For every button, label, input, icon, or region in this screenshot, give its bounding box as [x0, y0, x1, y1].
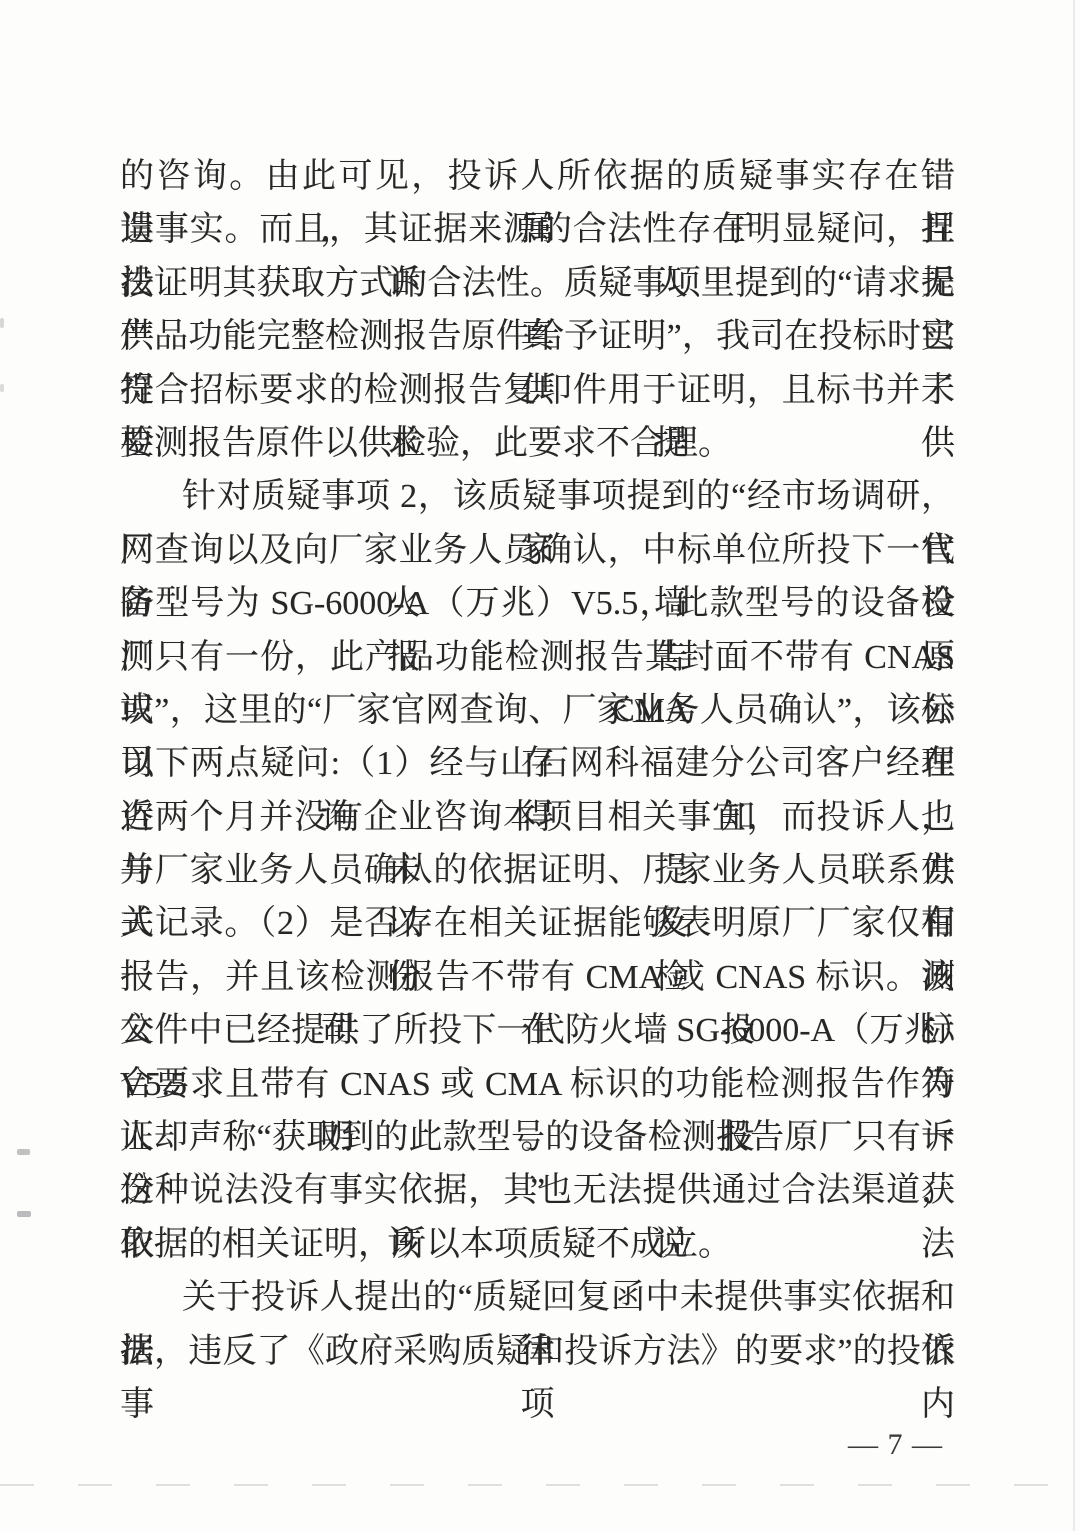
scan-speck-artifact — [17, 1149, 30, 1155]
text-line: 合要求且带有 CNAS 或 CMA 标识的功能检测报告作为证明。投诉 — [120, 1058, 955, 1111]
text-line: 以下两点疑问:（1）经与山石网科福建分公司客户经理咨询得知， — [120, 737, 955, 790]
text-line: 针对质疑事项 2，该质疑事项提到的“经市场调研，厂家官 — [120, 470, 955, 523]
scan-speck-artifact — [0, 318, 4, 328]
text-line: 符合招标要求的检测报告复印件用于证明，且标书并未要求提供 — [120, 364, 955, 417]
text-line: 识”，这里的“厂家官网查询、厂家业务人员确认”，该公司存在 — [120, 684, 955, 737]
text-line: 网查询以及向厂家业务人员确认，中标单位所投下一代防火墙设 — [120, 524, 955, 577]
text-line: 的咨询。由此可见，投诉人所依据的质疑事实存在错误，属于捏 — [120, 150, 955, 203]
scan-bottom-artifact — [0, 1484, 1060, 1486]
text-line: 报告，并且该检测报告不带有 CMA 或 CNAS 标识。该公司在投标 — [120, 951, 955, 1004]
scan-speck-artifact — [0, 384, 4, 392]
text-line: 与厂家业务人员确认的依据证明、厂家业务人员联系方式以及相 — [120, 844, 955, 897]
document-body: 的咨询。由此可见，投诉人所依据的质疑事实存在错误，属于捏造事实。而且，其证据来源… — [120, 150, 955, 1378]
text-line: 近两个月并没有企业咨询本项目相关事宜，而投诉人也并未提供 — [120, 791, 955, 844]
text-line: 这种说法没有事实依据，其也无法提供通过合法渠道获取该说法 — [120, 1164, 955, 1217]
text-line: 人却声称“获取到的此款型号的设备检测报告原厂只有一份”， — [120, 1111, 955, 1164]
text-line: 文件中已经提供了所投下一代防火墙 SG-6000-A（万兆）V5.5 符 — [120, 1004, 955, 1057]
text-line: 厂只有一份，此产品功能检测报告其封面不带有 CNAS 或 CMA 标 — [120, 631, 955, 684]
document-page: 的咨询。由此可见，投诉人所依据的质疑事实存在错误，属于捏造事实。而且，其证据来源… — [0, 0, 1080, 1531]
text-line: 关于投诉人提出的“质疑回复函中未提供事实依据和法律依 — [120, 1271, 955, 1324]
text-line: 产品功能完整检测报告原件给予证明”，我司在投标时已提供了 — [120, 310, 955, 363]
text-line: 关记录。（2）是否存在相关证据能够表明原厂厂家仅有一份检测 — [120, 897, 955, 950]
text-line: 据，违反了《政府采购质疑和投诉方法》的要求”的投诉事项内 — [120, 1325, 955, 1378]
text-line: 造事实。而且，其证据来源的合法性存在明显疑问，且投诉人无 — [120, 203, 955, 256]
text-line: 法证明其获取方式的合法性。质疑事项里提到的“请求提供真实 — [120, 257, 955, 310]
text-line: 备型号为 SG-6000-A（万兆）V5.5，此款型号的设备检测报告原 — [120, 577, 955, 630]
scan-edge-artifact — [1073, 0, 1075, 1531]
scan-speck-artifact — [17, 1211, 31, 1217]
page-number: — 7 — — [848, 1428, 943, 1462]
